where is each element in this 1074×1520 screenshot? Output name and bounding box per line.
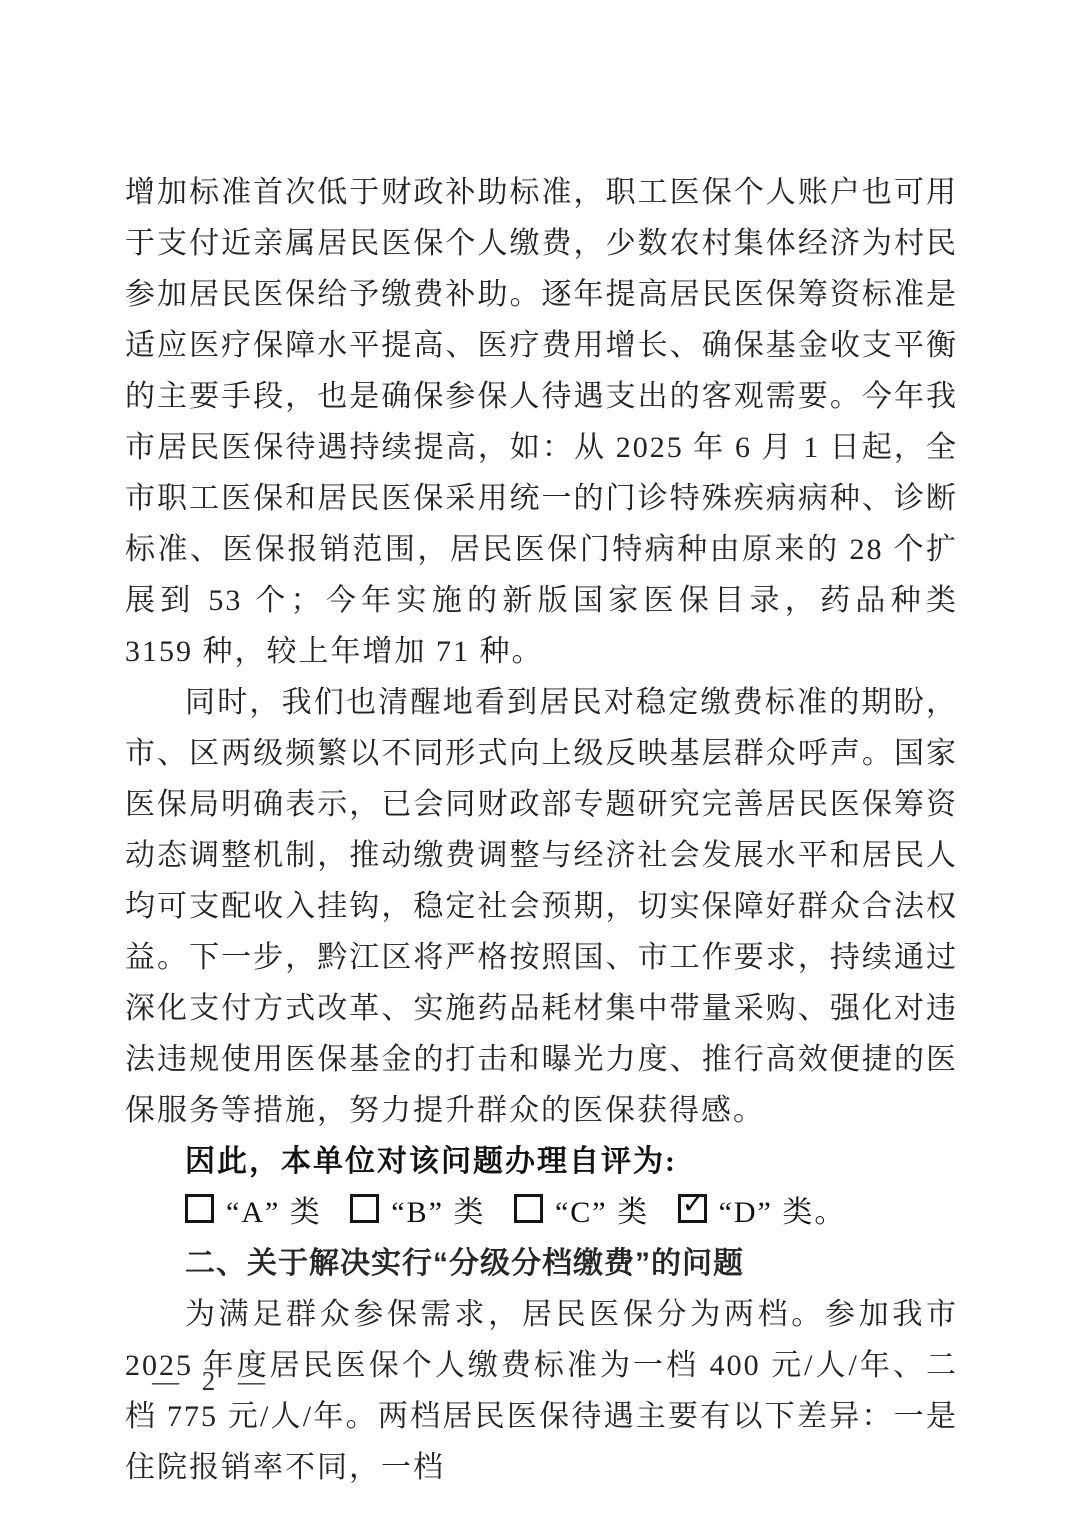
- checkbox-option-d[interactable]: ✓“D” 类。: [678, 1187, 847, 1238]
- check-mark-icon: ✓: [682, 1190, 706, 1218]
- page-number: — 2 —: [152, 1366, 273, 1397]
- checkbox-option-a[interactable]: ✓“A” 类: [185, 1187, 322, 1238]
- checkbox-option-b[interactable]: ✓“B” 类: [350, 1187, 485, 1238]
- checkbox-d-label: “D” 类。: [719, 1196, 847, 1229]
- checkbox-option-c[interactable]: ✓“C” 类: [514, 1187, 649, 1238]
- section-2-heading: 二、关于解决实行“分级分档缴费”的问题: [125, 1238, 958, 1289]
- checkbox-a-label: “A” 类: [226, 1196, 322, 1229]
- checkbox-a-icon: ✓: [185, 1194, 214, 1223]
- paragraph-continuation: 增加标准首次低于财政补助标准，职工医保个人账户也可用于支付近亲属居民医保个人缴费…: [125, 167, 958, 677]
- checkbox-c-label: “C” 类: [555, 1196, 649, 1229]
- checkbox-c-icon: ✓: [514, 1194, 543, 1223]
- paragraph-same-time: 同时，我们也清醒地看到居民对稳定缴费标准的期盼，市、区两级频繁以不同形式向上级反…: [125, 677, 958, 1136]
- checkbox-d-icon: ✓: [678, 1194, 707, 1223]
- checkbox-b-label: “B” 类: [391, 1196, 485, 1229]
- self-assessment-options-row: ✓“A” 类 ✓“B” 类 ✓“C” 类 ✓“D” 类。: [125, 1187, 958, 1238]
- checkbox-b-icon: ✓: [350, 1194, 379, 1223]
- document-body: 增加标准首次低于财政补助标准，职工医保个人账户也可用于支付近亲属居民医保个人缴费…: [125, 167, 958, 1493]
- document-page: 增加标准首次低于财政补助标准，职工医保个人账户也可用于支付近亲属居民医保个人缴费…: [0, 0, 1074, 1520]
- self-assessment-statement: 因此，本单位对该问题办理自评为:: [125, 1136, 958, 1187]
